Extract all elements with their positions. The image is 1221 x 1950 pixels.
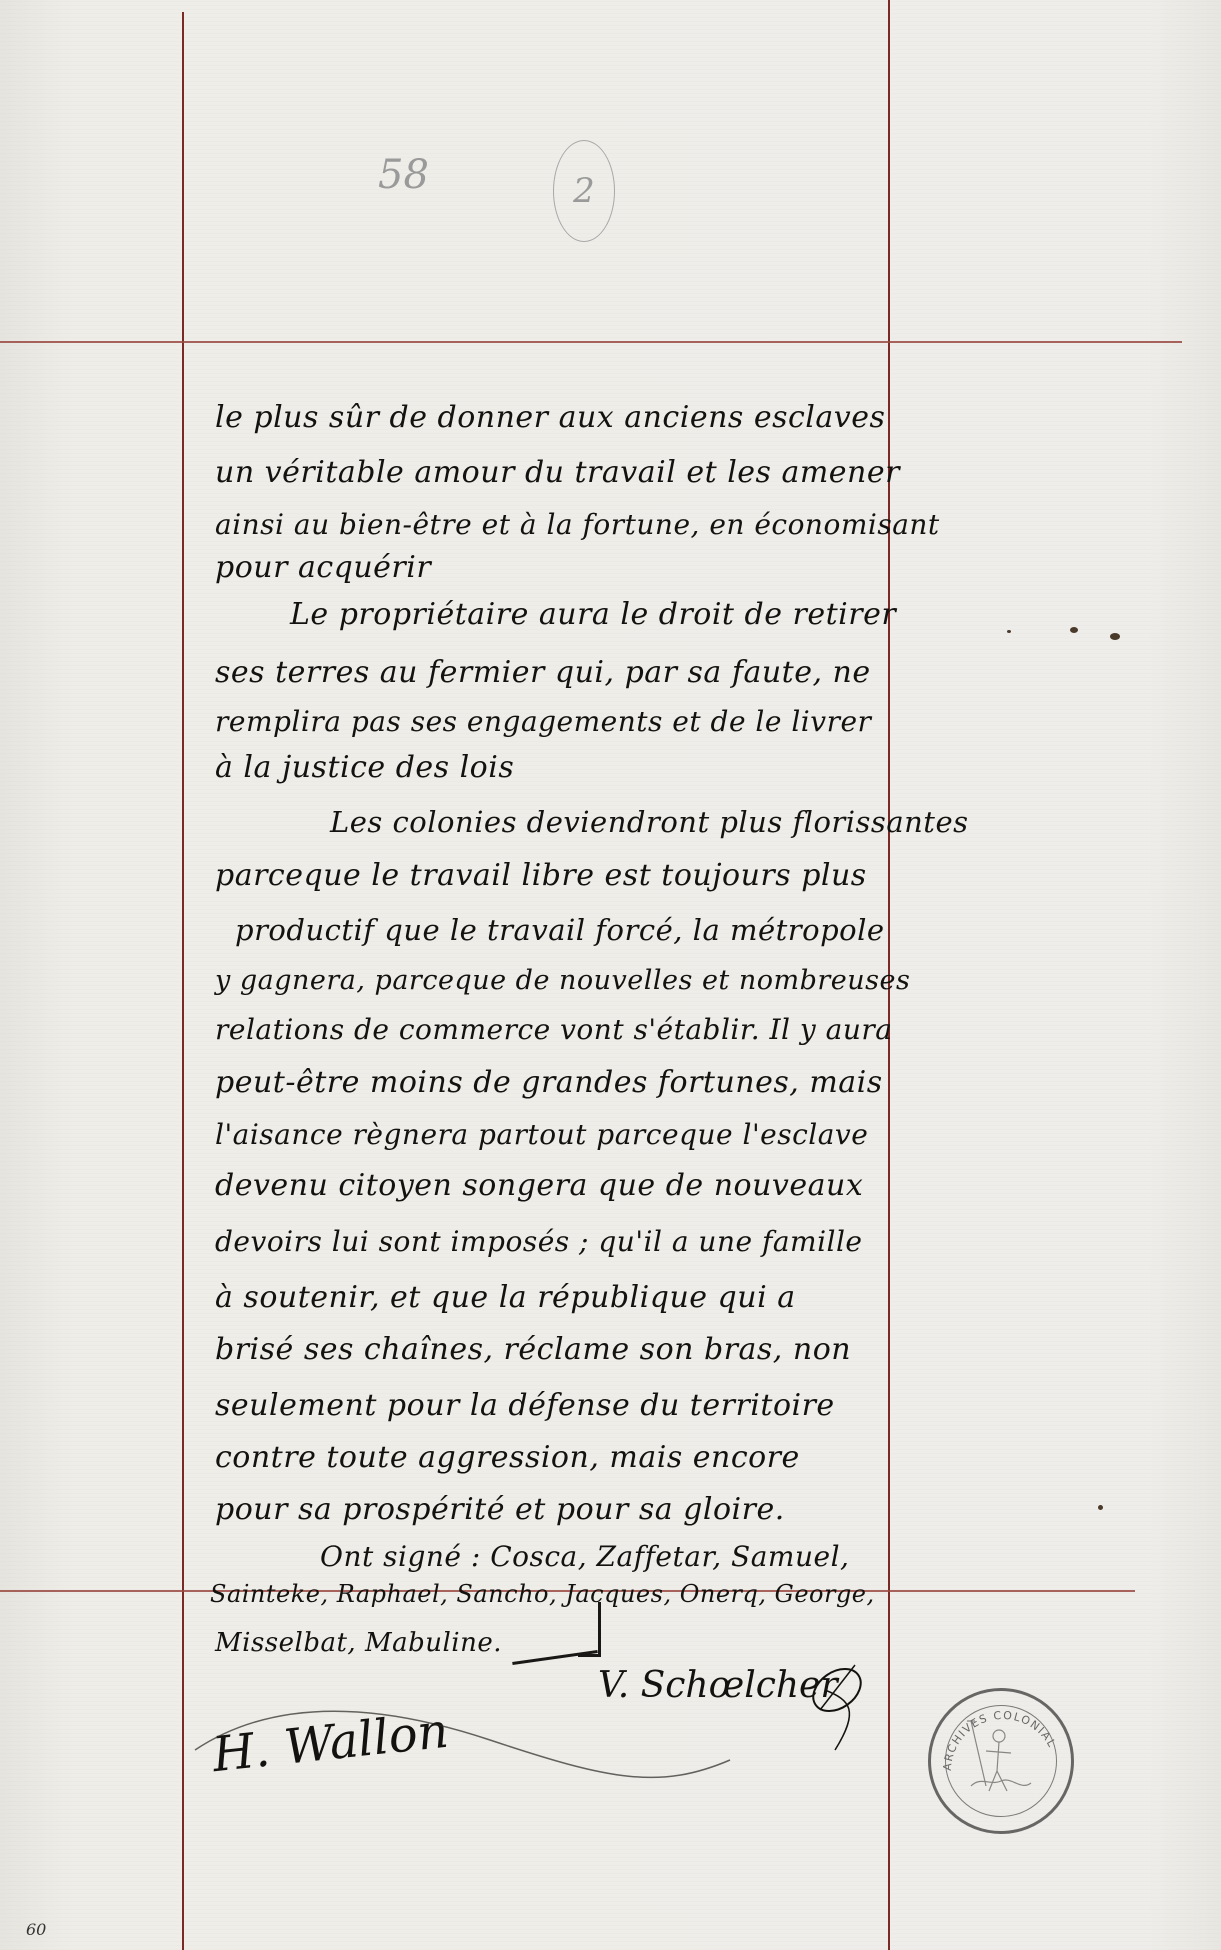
body-line-6: ses terres au fermier qui, par sa faute,… xyxy=(215,655,895,690)
circled-sheet-number: 2 xyxy=(553,140,615,242)
body-line-20: seulement pour la défense du territoire xyxy=(215,1388,895,1423)
body-line-4: pour acquérir xyxy=(215,550,895,585)
body-line-12: y gagnera, parceque de nouvelles et nomb… xyxy=(215,965,895,996)
body-line-5: Le propriétaire aura le droit de retirer xyxy=(290,597,970,632)
stamp-seal-icon: ARCHIVES COLONIALES xyxy=(931,1691,1071,1831)
body-line-18: à soutenir, et que la république qui a xyxy=(215,1280,895,1315)
body-line-2: un véritable amour du travail et les ame… xyxy=(215,455,895,490)
top-horizontal-rule xyxy=(0,341,1182,343)
body-line-10: parceque le travail libre est toujours p… xyxy=(215,858,895,893)
bracket-mark xyxy=(578,1602,601,1657)
circled-number-text: 2 xyxy=(573,171,595,211)
ink-speck xyxy=(1110,633,1120,640)
body-line-16: devenu citoyen songera que de nouveaux xyxy=(215,1168,895,1203)
body-line-1: le plus sûr de donner aux anciens esclav… xyxy=(215,400,895,435)
body-line-9: Les colonies deviendront plus florissant… xyxy=(330,805,1010,839)
body-line-8: à la justice des lois xyxy=(215,750,895,785)
left-margin-rule xyxy=(182,12,184,1950)
signatories-line-3: Misselbat, Mabuline. xyxy=(215,1628,895,1658)
folio-number: 60 xyxy=(26,1920,46,1939)
body-line-3: ainsi au bien-être et à la fortune, en é… xyxy=(215,508,895,541)
body-line-11: productif que le travail forcé, la métro… xyxy=(235,913,915,947)
signatories-line-1: Ont signé : Cosca, Zaffetar, Samuel, xyxy=(320,1540,1000,1573)
body-line-7: remplira pas ses engagements et de le li… xyxy=(215,705,895,738)
body-line-19: brisé ses chaînes, réclame son bras, non xyxy=(215,1332,895,1367)
signature-paraph xyxy=(795,1650,885,1760)
body-line-22: pour sa prospérité et pour sa gloire. xyxy=(215,1492,895,1527)
body-line-21: contre toute aggression, mais encore xyxy=(215,1440,895,1475)
ink-speck xyxy=(1007,630,1011,633)
ink-speck xyxy=(1098,1505,1103,1510)
signatories-line-2: Sainteke, Raphael, Sancho, Jacques, Oner… xyxy=(210,1580,890,1608)
body-line-17: devoirs lui sont imposés ; qu'il a une f… xyxy=(215,1225,895,1258)
pencil-page-number: 58 xyxy=(378,152,429,198)
body-line-14: peut-être moins de grandes fortunes, mai… xyxy=(215,1065,895,1100)
archives-stamp: ARCHIVES COLONIALES xyxy=(928,1688,1074,1834)
body-line-15: l'aisance règnera partout parceque l'esc… xyxy=(215,1118,895,1151)
body-line-13: relations de commerce vont s'établir. Il… xyxy=(215,1013,895,1046)
ink-speck xyxy=(1070,627,1078,633)
